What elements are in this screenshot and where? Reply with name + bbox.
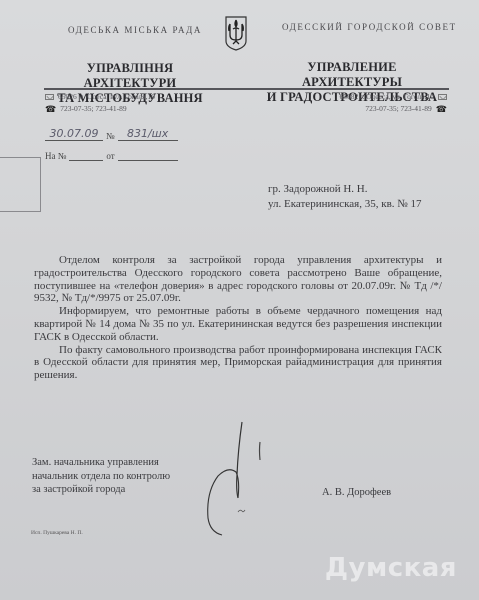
- body-paragraph: По факту самовольного производства работ…: [34, 344, 442, 382]
- reply-to-number-field: [69, 151, 103, 161]
- watermark-logo: Думская: [325, 553, 457, 583]
- phones-ru-text: 723-07-35; 723-41-89: [365, 104, 431, 113]
- telephone-icon: ☎: [436, 105, 447, 113]
- signatory-title-line3: за застройкой города: [32, 483, 170, 497]
- registration-number: 831/шх: [118, 127, 178, 141]
- envelope-icon: [45, 94, 54, 100]
- addressee-name: гр. Задорожной Н. Н.: [268, 182, 422, 197]
- stamp-box: [0, 157, 41, 212]
- letterhead-divider: [44, 88, 449, 90]
- reply-from-date-field: [118, 151, 178, 161]
- registration-number-label: №: [106, 131, 115, 141]
- council-name-ru: ОДЕССКИЙ ГОРОДСКОЙ СОВЕТ: [282, 22, 457, 32]
- address-ru: 65082 г. Одесса, ул. Гоголя,10: [339, 92, 447, 101]
- executor-note: Исп. Пушкарева Н. П.: [31, 530, 83, 536]
- council-name-ua: ОДЕСЬКА МІСЬКА РАДА: [68, 25, 202, 35]
- addressee-address: ул. Екатерининская, 35, кв. № 17: [268, 197, 422, 212]
- reply-reference-line: На № от: [45, 151, 178, 161]
- body-paragraph: Отделом контроля за застройкой города уп…: [34, 254, 442, 305]
- trident-emblem-icon: [224, 15, 248, 51]
- signatory-title: Зам. начальника управления начальник отд…: [32, 456, 170, 497]
- reply-to-label: На №: [45, 151, 66, 161]
- addressee: гр. Задорожной Н. Н. ул. Екатерининская,…: [268, 182, 422, 212]
- body-paragraph: Информируем, что ремонтные работы в объе…: [34, 305, 442, 343]
- phones-ua-text: 723-07-35; 723-41-89: [60, 104, 126, 113]
- signatory-title-line2: начальник отдела по контролю: [32, 470, 170, 484]
- department-name-ru-line1: УПРАВЛЕНИЕ АРХИТЕКТУРЫ: [262, 60, 442, 90]
- handwritten-signature: [200, 420, 280, 540]
- phones-ru: 723-07-35; 723-41-89 ☎: [365, 104, 447, 113]
- phones-ua: ☎ 723-07-35; 723-41-89: [45, 104, 127, 113]
- address-ua: 65026 м. Одеса, вул. Гоголя,10: [45, 92, 155, 101]
- reply-from-label: от: [106, 151, 114, 161]
- signatory-title-line1: Зам. начальника управления: [32, 456, 170, 470]
- registration-line: 30.07.09 № 831/шх: [45, 127, 178, 141]
- telephone-icon: ☎: [45, 105, 56, 113]
- signatory-name: А. В. Дорофеев: [322, 487, 391, 498]
- address-ru-text: 65082 г. Одесса, ул. Гоголя,10: [339, 92, 434, 101]
- envelope-icon: [438, 94, 447, 100]
- registration-date: 30.07.09: [45, 127, 103, 141]
- letter-body: Отделом контроля за застройкой города уп…: [34, 254, 442, 382]
- address-ua-text: 65026 м. Одеса, вул. Гоголя,10: [58, 92, 155, 101]
- department-name-ua-line1: УПРАВЛІННЯ АРХІТЕКТУРИ: [40, 61, 220, 91]
